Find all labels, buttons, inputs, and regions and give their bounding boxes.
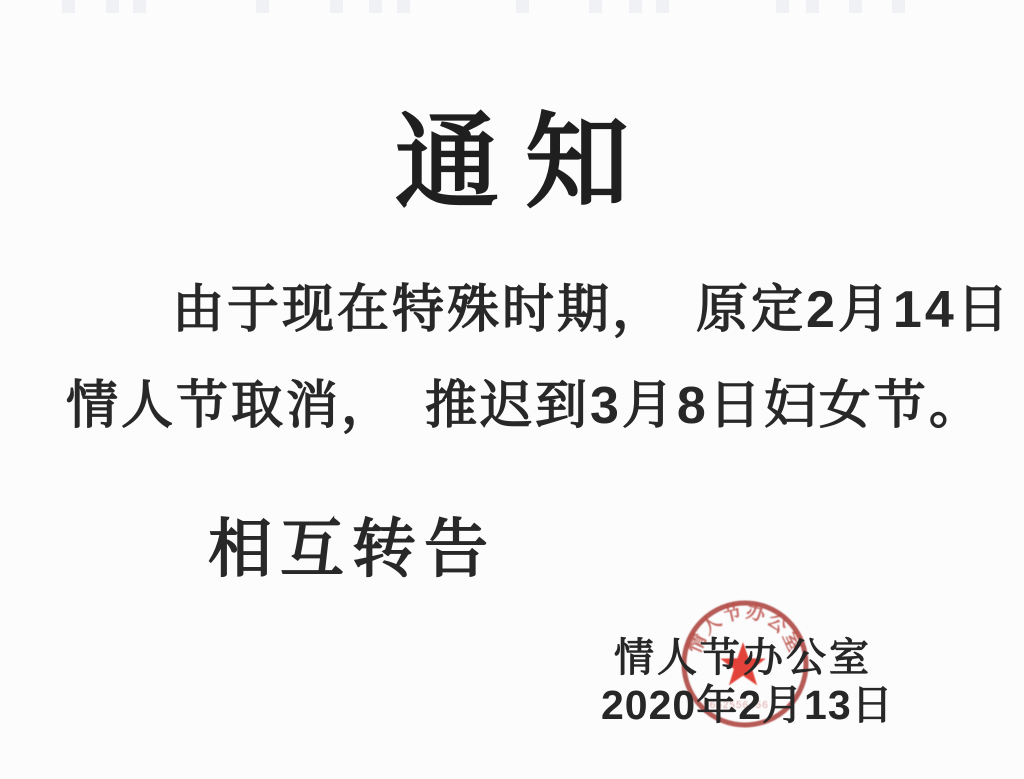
- cropped-text-fragment: [892, 0, 905, 13]
- cropped-text-fragment: [806, 0, 819, 13]
- date-line: 2020年2月13日: [601, 672, 894, 731]
- cropped-text-fragment: [133, 0, 146, 13]
- cropped-text-fragment: [516, 0, 529, 13]
- notice-body: 由于现在特殊时期， 原定2月14日 情人节取消， 推迟到3月8日妇女节。: [66, 262, 976, 454]
- notice-document: 通知 由于现在特殊时期， 原定2月14日 情人节取消， 推迟到3月8日妇女节。 …: [0, 0, 1024, 779]
- cropped-text-fragment: [330, 0, 343, 13]
- cropped-text-fragment: [656, 0, 669, 13]
- cropped-text-fragment: [256, 0, 269, 13]
- body-line-1: 由于现在特殊时期， 原定2月14日: [66, 262, 976, 358]
- cropped-text-fragment: [776, 0, 789, 13]
- cropped-text-fragment: [629, 0, 642, 13]
- cropped-text-fragment: [62, 0, 75, 13]
- cropped-text-fragment: [589, 0, 602, 13]
- body-line-2: 情人节取消， 推迟到3月8日妇女节。: [66, 358, 976, 454]
- tell-each-other-line: 相互转告: [208, 498, 496, 590]
- notice-title: 通知: [0, 78, 1024, 228]
- cropped-text-fragment: [106, 0, 119, 13]
- cropped-text-fragment: [397, 0, 410, 13]
- cropped-text-fragment: [849, 0, 862, 13]
- cropped-text-fragment: [369, 0, 382, 13]
